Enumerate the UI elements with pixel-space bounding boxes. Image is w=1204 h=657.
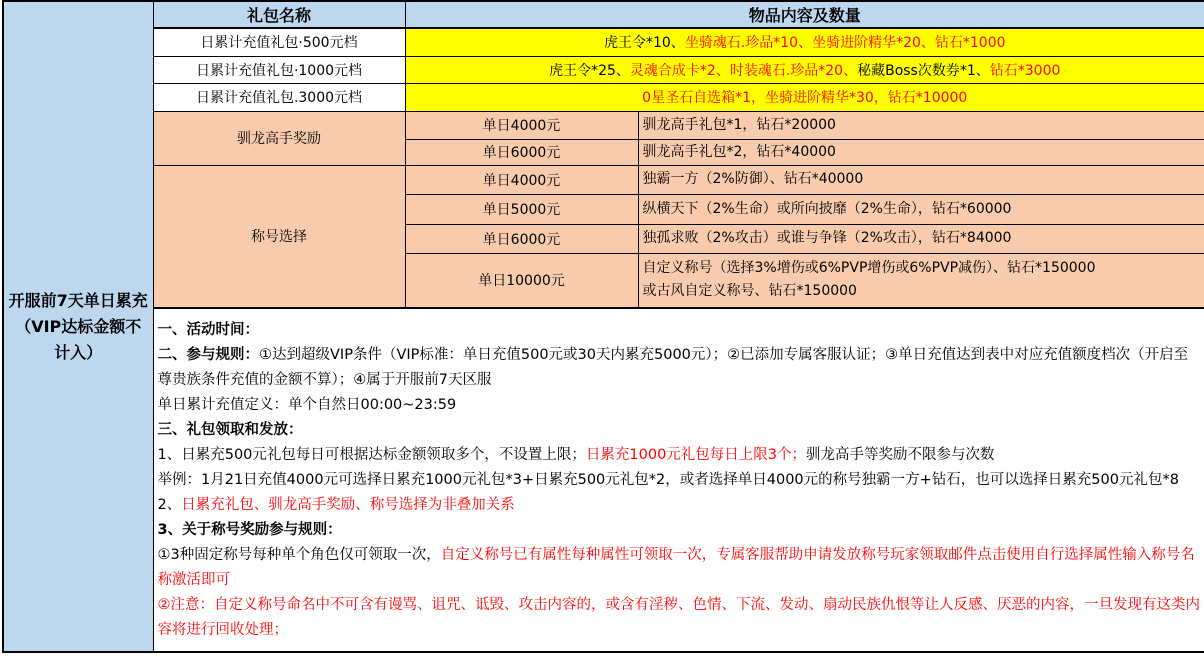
pack-name-cell: 日累计充值礼包.3000元档 [153,83,405,111]
rule-claim-limit: 1、日累充500元礼包每日可根据达标金额领取多个，不设置上限；日累充1000元礼… [158,443,1201,468]
rule-activity-time: 一、活动时间： [158,318,1201,343]
reward-cell: 独霸一方（2%防御）、钻石*40000 [638,165,1204,194]
rule-claim-heading: 三、礼包领取和发放： [158,418,1201,443]
reward-cell: 自定义称号（选择3%增伤或6%PVP增伤或6%PVP减伤）、钻石*150000 … [638,253,1204,308]
rule-example: 举例：1月21日充值4000元可选择日累充1000元礼包*3+日累充500元礼包… [158,468,1201,493]
table-row: 称号选择 单日4000元 独霸一方（2%防御）、钻石*40000 [3,165,1204,194]
reward-cell: 独孤求败（2%攻击）或谁与争锋（2%攻击），钻石*84000 [638,224,1204,253]
tier-cell: 单日6000元 [405,139,638,165]
rule-title-heading: 3、关于称号奖励参与规则： [158,518,1201,543]
reward-cell: 纵横天下（2%生命）或所向披靡（2%生命），钻石*60000 [638,194,1204,224]
tier-cell: 单日6000元 [405,224,638,253]
header-pack-name: 礼包名称 [153,1,405,28]
rule-participation: 二、参与规则：①达到超级VIP条件（VIP标准：单日充值500元或30天内累充5… [158,343,1201,393]
table-row: 日累计充值礼包·500元档 虎王令*10、坐骑魂石.珍品*10、坐骑进阶精华*2… [3,28,1204,56]
pack-content-cell: 0星圣石自选箱*1，坐骑进阶精华*30，钻石*10000 [405,83,1204,111]
rules-text-block: 一、活动时间： 二、参与规则：①达到超级VIP条件（VIP标准：单日充值500元… [158,318,1201,643]
row-group-label-cell: 开服前7天单日累充（VIP达标金额不计入） [3,1,153,652]
table-row: 日累计充值礼包·1000元档 虎王令*25、灵魂合成卡*2、时装魂石.珍品*20… [3,56,1204,83]
pack-name-cell: 日累计充值礼包·1000元档 [153,56,405,83]
reward-cell: 驯龙高手礼包*1，钻石*20000 [638,111,1204,139]
group-label-title-select: 称号选择 [153,165,405,308]
tier-cell: 单日10000元 [405,253,638,308]
pack-content-cell: 虎王令*10、坐骑魂石.珍品*10、坐骑进阶精华*20、钻石*1000 [405,28,1204,56]
header-item-content: 物品内容及数量 [405,1,1204,28]
tier-cell: 单日4000元 [405,165,638,194]
table-row: 驯龙高手奖励 单日4000元 驯龙高手礼包*1，钻石*20000 [3,111,1204,139]
rules-row: 一、活动时间： 二、参与规则：①达到超级VIP条件（VIP标准：单日充值500元… [3,308,1204,652]
pack-content-cell: 虎王令*25、灵魂合成卡*2、时装魂石.珍品*20、秘藏Boss次数券*1、钻石… [405,56,1204,83]
tier-cell: 单日5000元 [405,194,638,224]
pack-name-cell: 日累计充值礼包·500元档 [153,28,405,56]
group-label-trainer-rewards: 驯龙高手奖励 [153,111,405,165]
table-row: 日累计充值礼包.3000元档 0星圣石自选箱*1，坐骑进阶精华*30，钻石*10… [3,83,1204,111]
rules-cell: 一、活动时间： 二、参与规则：①达到超级VIP条件（VIP标准：单日充值500元… [153,308,1204,652]
rule-title-claim: ①3种固定称号每种单个角色仅可领取一次，自定义称号已有属性每种属性可领取一次，专… [158,543,1201,593]
header-row: 开服前7天单日累充（VIP达标金额不计入） 礼包名称 物品内容及数量 [3,1,1204,28]
event-reward-table: 开服前7天单日累充（VIP达标金额不计入） 礼包名称 物品内容及数量 日累计充值… [2,0,1204,653]
rule-non-stacking: 2、日累充礼包、驯龙高手奖励、称号选择为非叠加关系 [158,493,1201,518]
reward-cell: 驯龙高手礼包*2，钻石*40000 [638,139,1204,165]
rule-title-naming-warning: ②注意：自定义称号命名中不可含有谩骂、诅咒、诋毁、攻击内容的，或含有淫秽、色情、… [158,593,1201,643]
spreadsheet-event-table: 开服前7天单日累充（VIP达标金额不计入） 礼包名称 物品内容及数量 日累计充值… [0,0,1204,657]
rule-daily-definition: 单日累计充值定义：单个自然日00:00~23:59 [158,393,1201,418]
tier-cell: 单日4000元 [405,111,638,139]
